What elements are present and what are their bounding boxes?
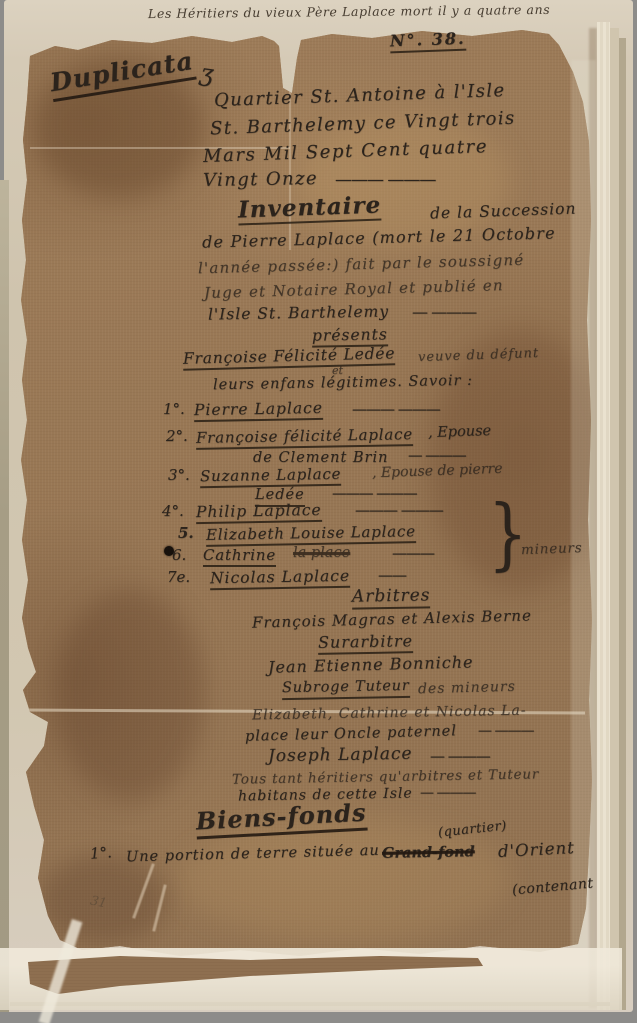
closing-line-2-dashes: — ——— <box>420 786 475 801</box>
subroge-tuteur-dashes: — ——— <box>430 748 490 765</box>
heir-5-name: Elizabeth Louise Laplace <box>206 523 416 546</box>
heir-7-number: 7e. <box>167 569 190 586</box>
land-item-struck-word: Grand-fond <box>382 844 475 862</box>
inventaire-heading: Inventaire <box>238 193 382 226</box>
inventaire-line-4-dashes: — ——— <box>412 303 476 321</box>
heir-6-struck-word: la place <box>293 546 350 562</box>
opening-line-4-dashes: ——— ——— <box>335 171 435 190</box>
heir-7-name: Nicolas Laplace <box>210 568 350 590</box>
heir-2-name: Françoise félicité Laplace <box>196 426 413 449</box>
heir-6-name: Cathrine <box>203 547 276 567</box>
tape-strip-right <box>597 22 610 1010</box>
tape-overlay-right <box>571 60 596 950</box>
heir-6-number: 6. <box>172 547 186 564</box>
subroge-heading: Subroge Tuteur <box>282 679 410 700</box>
heir-1-name: Pierre Laplace <box>194 400 323 422</box>
heir-2-number: 2°. <box>166 428 188 445</box>
subroge-heading-rest: des mineurs <box>418 680 516 698</box>
subroge-tuteur-name: Joseph Laplace <box>268 745 413 766</box>
arbitres-heading: Arbitres <box>352 586 431 609</box>
heir-4-dashes: ——— ——— <box>355 502 443 519</box>
heir-3-number: 3°. <box>168 467 190 484</box>
heir-5-number: 5. <box>178 525 194 542</box>
page-edge-a <box>610 28 619 1010</box>
minors-label: mineurs <box>521 541 583 558</box>
heir-4-name: Philip Laplace <box>196 502 322 524</box>
binding-edge-left <box>0 180 9 1012</box>
page-number: N°. 38. <box>390 30 466 53</box>
page-edge-b <box>619 38 626 1010</box>
manuscript-scan: Les Héritiers du vieux Père Laplace mort… <box>0 0 637 1023</box>
subroge-line-2-dashes: — ——— <box>478 724 533 739</box>
heir-4-number: 4°. <box>162 503 184 520</box>
heir-1-dashes: ——— ——— <box>352 401 440 418</box>
land-item-number: 1°. <box>89 844 112 862</box>
inventaire-line-4: l'Isle St. Barthelemy <box>208 303 389 323</box>
opening-line-4: Vingt Onze <box>203 169 318 191</box>
heir-1-number: 1°. <box>163 401 185 418</box>
heir-3-name: Suzanne Laplace <box>200 466 342 488</box>
heir-7-dashes: —— <box>378 567 406 584</box>
minors-brace: } <box>488 495 527 573</box>
surarbitre-heading: Surarbitre <box>318 632 413 654</box>
stain-blotch <box>55 590 205 800</box>
heir-6-dashes: ——— <box>392 545 434 562</box>
pencil-mark: 31 <box>89 894 108 911</box>
heir-2-rest: , Epouse <box>428 424 492 442</box>
